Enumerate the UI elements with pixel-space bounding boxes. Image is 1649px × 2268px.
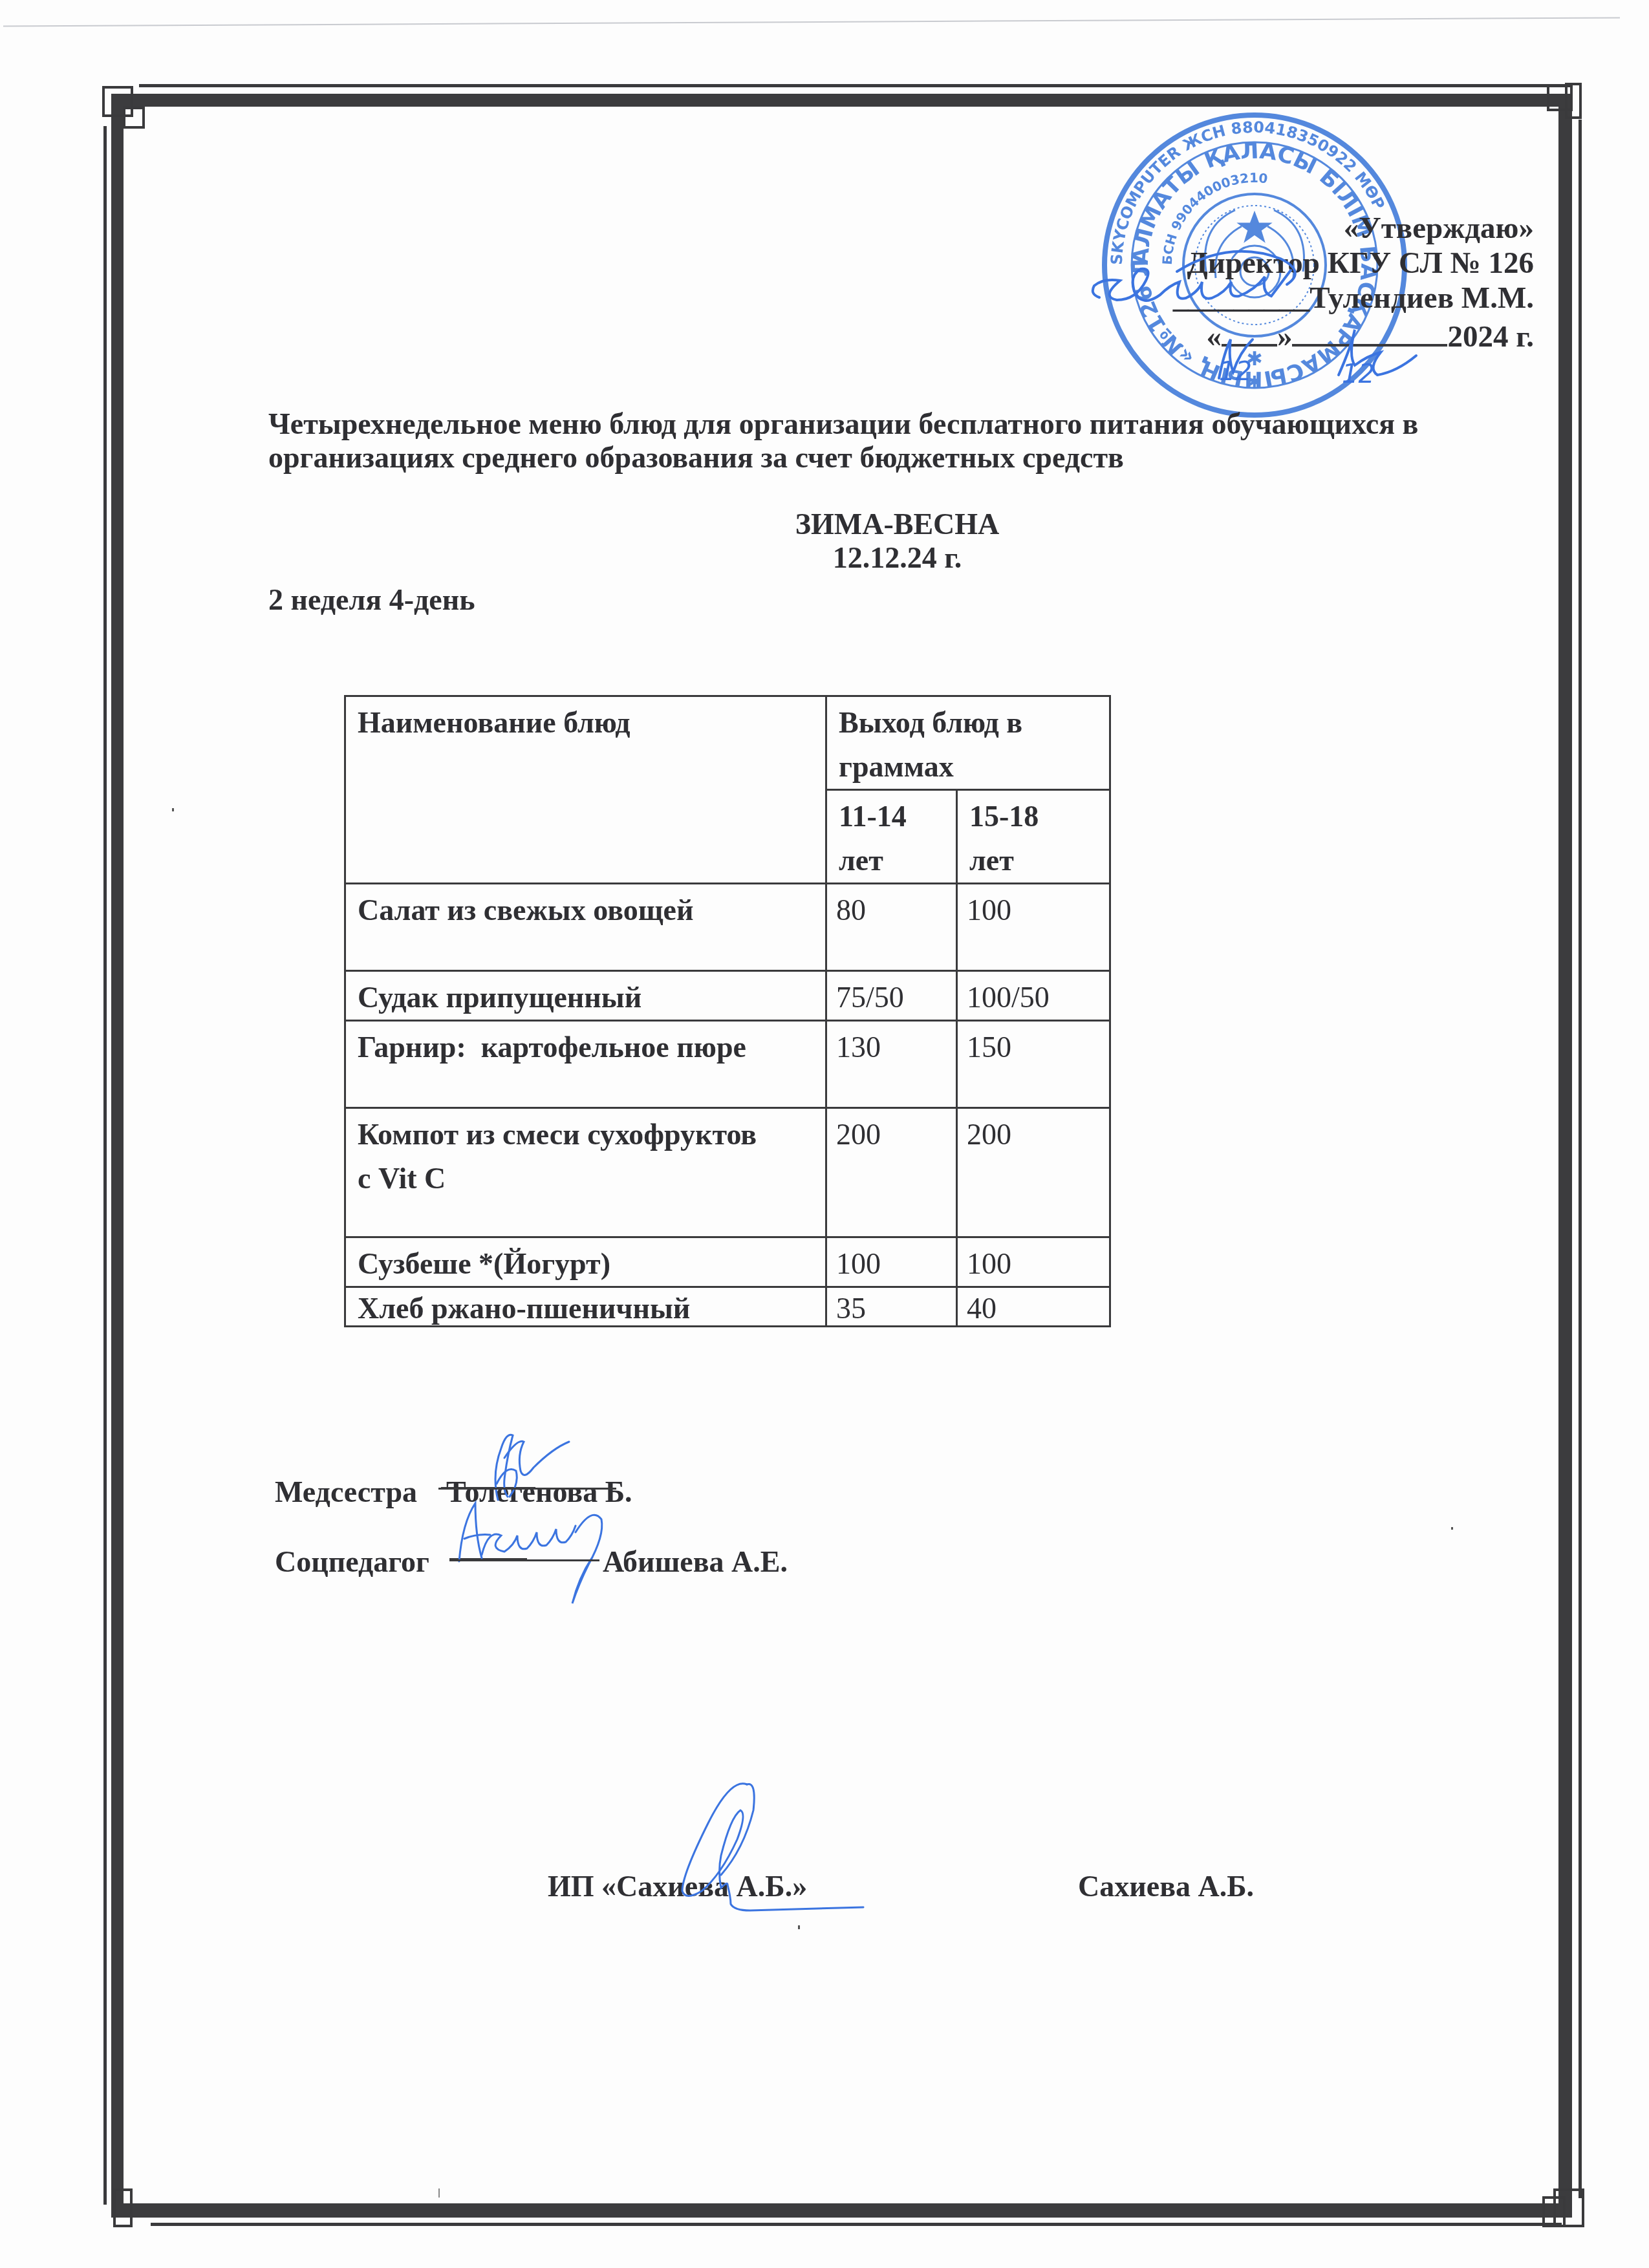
- table-row: Компот из смеси сухофруктов с Vit C 200 …: [345, 1108, 1110, 1237]
- social-pedagogue-role: Соцпедагог: [275, 1547, 429, 1577]
- menu-date: 12.12.24 г.: [0, 543, 1649, 573]
- social-pedagogue-name: Абишева А.Е.: [603, 1547, 788, 1577]
- supplier-name: Сахиева А.Б.: [1078, 1872, 1254, 1901]
- scan-dust: [438, 2188, 440, 2198]
- document-title: Четырехнедельное меню блюд для организац…: [268, 407, 1418, 475]
- supplier-signature: [660, 1775, 841, 1923]
- svg-text:12: 12: [1219, 357, 1252, 387]
- table-row: Судак припущенный 75/50 100/50: [345, 971, 1110, 1021]
- menu-table: Наименование блюд Выход блюд в граммах 1…: [344, 695, 1111, 1327]
- table-row: Салат из свежых овощей 80 100: [345, 884, 1110, 971]
- nurse-signature-underline: [438, 1488, 616, 1490]
- table-row: Гарнир: картофельное пюре 130 150: [345, 1021, 1110, 1108]
- director-signature: 12 12: [1086, 246, 1423, 388]
- social-pedagogue-signature: [446, 1493, 614, 1623]
- header-yield: Выход блюд в граммах: [826, 696, 1110, 790]
- social-pedagogue-signature-underline: [449, 1559, 599, 1561]
- scan-dust: [1451, 1527, 1453, 1530]
- header-age-15-18: 15-18 лет: [957, 790, 1110, 884]
- scan-edge-line: [3, 17, 1620, 27]
- table-row: Хлеб ржано-пшеничный 35 40: [345, 1287, 1110, 1327]
- scan-dust: [172, 808, 174, 811]
- svg-text:12: 12: [1342, 359, 1375, 389]
- document-title-line2: организациях среднего образования за сче…: [268, 441, 1418, 475]
- nurse-role: Медсестра: [275, 1477, 417, 1507]
- week-day-label: 2 неделя 4-день: [268, 585, 475, 615]
- approval-label: «Утверждаю»: [1173, 211, 1534, 246]
- header-dish-name: Наименование блюд: [345, 696, 826, 884]
- document-title-line1: Четырехнедельное меню блюд для организац…: [268, 407, 1418, 441]
- scan-dust: [798, 1925, 800, 1929]
- season-label: ЗИМА-ВЕСНА: [0, 509, 1649, 539]
- header-age-11-14: 11-14 лет: [826, 790, 957, 884]
- table-row: Сузбеше *(Йогурт) 100 100: [345, 1237, 1110, 1287]
- approval-date-year: 2024 г.: [1447, 320, 1534, 354]
- table-header-row: Наименование блюд Выход блюд в граммах: [345, 696, 1110, 790]
